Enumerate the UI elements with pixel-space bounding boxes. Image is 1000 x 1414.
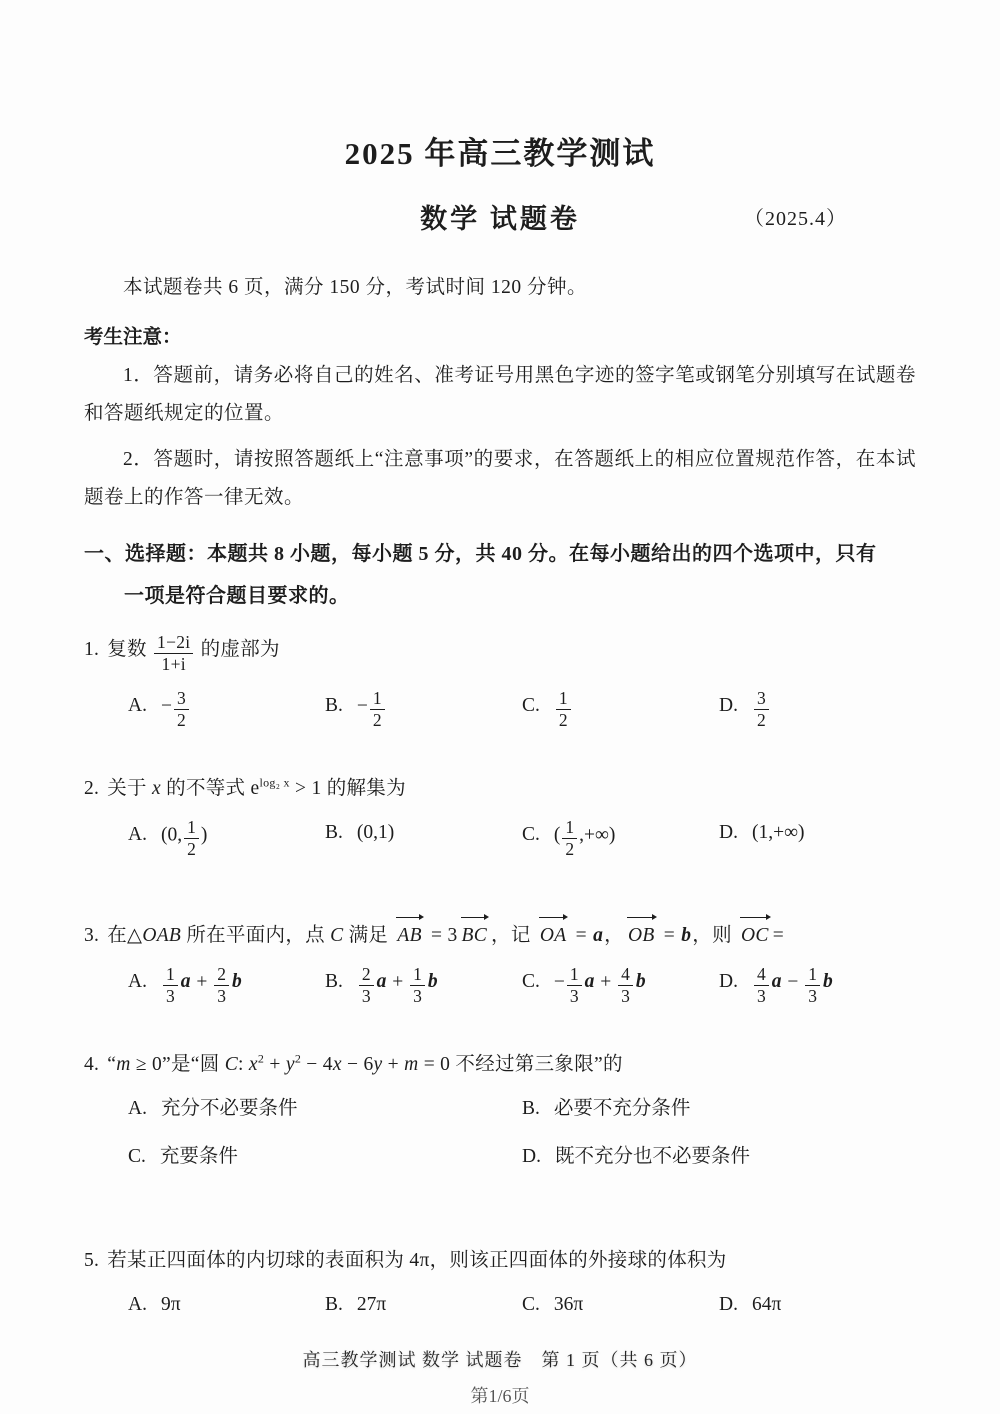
fraction-numerator: 1 <box>562 818 577 838</box>
answer-option: A.充分不必要条件 <box>128 1094 522 1124</box>
option-label: B. <box>522 1098 540 1119</box>
fraction-denominator: 2 <box>174 709 189 730</box>
question-1-options: A.−32B.−12C.12D.32 <box>84 689 916 731</box>
fraction: 13 <box>805 965 820 1007</box>
fraction: 43 <box>754 965 769 1007</box>
answer-option: B.23a + 13b <box>325 965 522 1007</box>
fraction: 12 <box>370 689 385 731</box>
math-text: 必要不充分条件 <box>554 1098 691 1119</box>
math-text: (0,1) <box>357 822 394 843</box>
exam-paper-page: 2025 年高三教学测试 数学 试题卷 （2025.4） 本试题卷共 6 页，满… <box>0 0 1000 1372</box>
math-text: 充要条件 <box>160 1146 238 1167</box>
fraction-denominator: 3 <box>805 985 820 1006</box>
section-header-choice: 一、选择题：本题共 8 小题，每小题 5 分，共 40 分。在每小题给出的四个选… <box>84 533 916 617</box>
math-text: − <box>782 971 803 992</box>
math-text: 64π <box>752 1294 781 1315</box>
answer-option: D.既不充分也不必要条件 <box>522 1142 916 1172</box>
fraction: 12 <box>184 818 199 860</box>
option-label: D. <box>719 971 738 992</box>
math-text: − 6 <box>342 1054 374 1075</box>
subtitle-row: 数学 试题卷 （2025.4） <box>84 197 916 237</box>
section-header-line1: 一、选择题：本题共 8 小题，每小题 5 分，共 40 分。在每小题给出的四个选… <box>84 543 877 565</box>
math-text: + <box>264 1054 286 1075</box>
math-text: − 4 <box>301 1054 333 1075</box>
fraction: 32 <box>754 689 769 731</box>
math-variable: m <box>404 1054 418 1075</box>
math-text: 所在平面内，点 <box>181 925 330 946</box>
math-bold-variable: a <box>585 971 595 992</box>
fraction-numerator: 1 <box>410 965 425 985</box>
vector-notation: OC <box>739 918 771 951</box>
fraction-numerator: 3 <box>174 689 189 709</box>
math-text: > 1 的解集为 <box>290 778 406 799</box>
math-text: = 3 <box>426 925 458 946</box>
question-1: 1.复数 1−2i1+i 的虚部为 A.−32B.−12C.12D.32 <box>84 633 916 730</box>
math-text: 关于 <box>107 778 152 799</box>
question-2-stem-math: 关于 x 的不等式 elog₂ x > 1 的解集为 <box>107 778 406 799</box>
option-label: A. <box>128 971 147 992</box>
answer-option: C.(12,+∞) <box>522 818 719 860</box>
question-5: 5.若某正四面体的内切球的表面积为 4π，则该正四面体的外接球的体积为 A.9π… <box>84 1246 916 1320</box>
math-text: 的不等式 e <box>161 778 260 799</box>
question-3-stem-math: 在△OAB 所在平面内，点 C 满足 AB = 3BC，记 OA = a，OB … <box>107 925 784 946</box>
question-2-stem: 2.关于 x 的不等式 elog₂ x > 1 的解集为 <box>84 774 916 804</box>
math-text: = 0 不经过第三象限”的 <box>419 1054 623 1075</box>
option-label: A. <box>128 695 147 716</box>
math-text: + <box>595 971 616 992</box>
answer-option: D.64π <box>719 1290 916 1320</box>
section-header-line2: 一项是符合题目要求的。 <box>84 575 916 617</box>
math-text: 的虚部为 <box>195 639 279 660</box>
fraction: 13 <box>567 965 582 1007</box>
question-4-stem-math: “m ≥ 0”是“圆 C: x2 + y2 − 4x − 6y + m = 0 … <box>107 1054 623 1075</box>
option-label: D. <box>719 1294 738 1315</box>
fraction: 23 <box>214 965 229 1007</box>
answer-option: D.(1,+∞) <box>719 818 916 860</box>
fraction-denominator: 3 <box>214 985 229 1006</box>
math-bold-variable: a <box>772 971 782 992</box>
fraction-denominator: 1+i <box>154 653 193 674</box>
math-text: 9π <box>161 1294 181 1315</box>
math-bold-variable: b <box>232 971 242 992</box>
math-text: + <box>387 971 408 992</box>
math-variable: OAB <box>142 925 181 946</box>
math-variable: C <box>225 1054 238 1075</box>
math-variable: C <box>330 925 343 946</box>
math-bold-variable: b <box>636 971 646 992</box>
math-variable: x <box>333 1054 342 1075</box>
math-text: 27π <box>357 1294 386 1315</box>
question-1-stem-math: 复数 1−2i1+i 的虚部为 <box>107 639 280 660</box>
question-4: 4.“m ≥ 0”是“圆 C: x2 + y2 − 4x − 6y + m = … <box>84 1050 916 1172</box>
fraction-numerator: 2 <box>359 965 374 985</box>
math-text: 既不充分也不必要条件 <box>555 1146 750 1167</box>
paper-date-note: （2025.4） <box>744 202 847 231</box>
question-2-options: A.(0,12)B.(0,1)C.(12,+∞)D.(1,+∞) <box>84 818 916 860</box>
notice-item-2: 2．答题时，请按照答题纸上“注意事项”的要求，在答题纸上的相应位置规范作答，在本… <box>84 441 916 517</box>
math-variable: x <box>152 778 161 799</box>
option-label: B. <box>325 695 343 716</box>
math-text: − <box>357 695 368 716</box>
vector-notation: OA <box>538 918 569 951</box>
vector-notation: AB <box>395 918 423 951</box>
fraction-numerator: 1−2i <box>154 633 193 653</box>
vector-notation: BC <box>460 918 490 951</box>
notice-item-1: 1．答题前，请务必将自己的姓名、准考证号用黑色字迹的签字笔或钢笔分别填写在试题卷… <box>84 357 916 433</box>
answer-option: A.−32 <box>128 689 325 731</box>
fraction-denominator: 2 <box>754 709 769 730</box>
math-text: − <box>554 971 565 992</box>
answer-option: A.(0,12) <box>128 818 325 860</box>
math-bold-variable: a <box>593 925 603 946</box>
question-4-options: A.充分不必要条件B.必要不充分条件C.充要条件D.既不充分也不必要条件 <box>84 1094 916 1172</box>
fraction-denominator: 3 <box>754 985 769 1006</box>
math-text: 若某正四面体的内切球的表面积为 4π，则该正四面体的外接球的体积为 <box>107 1250 726 1271</box>
math-variable: y <box>286 1054 295 1075</box>
math-text: ≥ 0”是“圆 <box>131 1054 225 1075</box>
option-label: C. <box>522 824 540 845</box>
math-text: ,+∞) <box>579 824 615 845</box>
math-text: ( <box>554 824 561 845</box>
math-text: = <box>570 925 592 946</box>
question-3-number: 3. <box>84 925 99 946</box>
option-label: B. <box>325 822 343 843</box>
math-text: 在△ <box>107 925 142 946</box>
fraction-numerator: 1 <box>556 689 571 709</box>
fraction-numerator: 4 <box>754 965 769 985</box>
math-bold-variable: a <box>377 971 387 992</box>
fraction-numerator: 1 <box>805 965 820 985</box>
question-5-stem-math: 若某正四面体的内切球的表面积为 4π，则该正四面体的外接球的体积为 <box>107 1250 726 1271</box>
option-label: A. <box>128 824 147 845</box>
option-label: A. <box>128 1098 147 1119</box>
option-label: B. <box>325 1294 343 1315</box>
fraction-denominator: 3 <box>163 985 178 1006</box>
answer-option: D.43a − 13b <box>719 965 916 1007</box>
answer-option: B.必要不充分条件 <box>522 1094 916 1124</box>
math-text: − <box>161 695 172 716</box>
math-text: (1,+∞) <box>752 822 805 843</box>
fraction: 32 <box>174 689 189 731</box>
answer-option: C.−13a + 43b <box>522 965 719 1007</box>
math-text: ) <box>201 824 208 845</box>
page-footer: 高三教学测试 数学 试题卷 第 1 页（共 6 页） <box>84 1346 916 1372</box>
fraction-denominator: 3 <box>359 985 374 1006</box>
math-text: : <box>238 1054 249 1075</box>
vector-notation: OB <box>626 918 657 951</box>
answer-option: A.13a + 23b <box>128 965 325 1007</box>
option-label: B. <box>325 971 343 992</box>
question-2: 2.关于 x 的不等式 elog₂ x > 1 的解集为 A.(0,12)B.(… <box>84 774 916 860</box>
superscript: log₂ x <box>260 776 290 790</box>
answer-option: A.9π <box>128 1290 325 1320</box>
fraction-denominator: 2 <box>562 838 577 859</box>
fraction-denominator: 3 <box>618 985 633 1006</box>
option-label: C. <box>522 695 540 716</box>
question-3-stem: 3.在△OAB 所在平面内，点 C 满足 AB = 3BC，记 OA = a，O… <box>84 918 916 951</box>
fraction: 23 <box>359 965 374 1007</box>
option-label: D. <box>719 695 738 716</box>
math-text: ，记 <box>491 925 536 946</box>
notice-section: 考生注意： 1．答题前，请务必将自己的姓名、准考证号用黑色字迹的签字笔或钢笔分别… <box>84 321 916 517</box>
math-variable: x <box>249 1054 258 1075</box>
answer-option: C.36π <box>522 1290 719 1320</box>
fraction-numerator: 1 <box>184 818 199 838</box>
question-1-stem: 1.复数 1−2i1+i 的虚部为 <box>84 633 916 675</box>
page-indicator: 第1/6页 <box>0 1382 1000 1408</box>
math-text: ，则 <box>692 925 737 946</box>
math-text: 复数 <box>107 639 152 660</box>
question-3: 3.在△OAB 所在平面内，点 C 满足 AB = 3BC，记 OA = a，O… <box>84 918 916 1007</box>
math-text: (0, <box>161 824 182 845</box>
answer-option: C.充要条件 <box>128 1142 522 1172</box>
question-1-number: 1. <box>84 639 99 660</box>
option-label: C. <box>522 971 540 992</box>
fraction: 13 <box>410 965 425 1007</box>
math-text: 36π <box>554 1294 583 1315</box>
math-text: ， <box>604 925 624 946</box>
math-text: = <box>773 925 784 946</box>
fraction: 1−2i1+i <box>154 633 193 675</box>
math-text: = <box>659 925 681 946</box>
option-label: D. <box>719 822 738 843</box>
fraction-denominator: 3 <box>567 985 582 1006</box>
fraction-denominator: 2 <box>556 709 571 730</box>
math-text: 满足 <box>343 925 393 946</box>
option-label: C. <box>128 1146 146 1167</box>
math-text: 充分不必要条件 <box>161 1098 298 1119</box>
math-text: + <box>382 1054 404 1075</box>
fraction: 43 <box>618 965 633 1007</box>
option-label: A. <box>128 1294 147 1315</box>
answer-option: B.(0,1) <box>325 818 522 860</box>
question-4-number: 4. <box>84 1054 99 1075</box>
notice-title: 考生注意： <box>84 321 916 349</box>
math-bold-variable: b <box>428 971 438 992</box>
fraction-numerator: 2 <box>214 965 229 985</box>
math-variable: m <box>116 1054 130 1075</box>
math-bold-variable: a <box>181 971 191 992</box>
fraction-numerator: 4 <box>618 965 633 985</box>
fraction-numerator: 1 <box>567 965 582 985</box>
math-bold-variable: b <box>681 925 691 946</box>
fraction-denominator: 2 <box>184 838 199 859</box>
fraction-numerator: 1 <box>370 689 385 709</box>
page-title: 2025 年高三教学测试 <box>84 128 916 173</box>
math-text: “ <box>107 1054 116 1075</box>
answer-option: B.27π <box>325 1290 522 1320</box>
question-5-options: A.9πB.27πC.36πD.64π <box>84 1290 916 1320</box>
question-4-stem: 4.“m ≥ 0”是“圆 C: x2 + y2 − 4x − 6y + m = … <box>84 1050 916 1080</box>
option-label: D. <box>522 1146 541 1167</box>
fraction: 12 <box>562 818 577 860</box>
question-5-number: 5. <box>84 1250 99 1271</box>
option-label: C. <box>522 1294 540 1315</box>
paper-intro: 本试题卷共 6 页，满分 150 分，考试时间 120 分钟。 <box>84 271 916 299</box>
math-bold-variable: b <box>823 971 833 992</box>
fraction-numerator: 1 <box>163 965 178 985</box>
question-5-stem: 5.若某正四面体的内切球的表面积为 4π，则该正四面体的外接球的体积为 <box>84 1246 916 1276</box>
fraction: 12 <box>556 689 571 731</box>
math-text: + <box>191 971 212 992</box>
answer-option: B.−12 <box>325 689 522 731</box>
fraction-denominator: 2 <box>370 709 385 730</box>
question-3-options: A.13a + 23bB.23a + 13bC.−13a + 43bD.43a … <box>84 965 916 1007</box>
answer-option: D.32 <box>719 689 916 731</box>
fraction: 13 <box>163 965 178 1007</box>
answer-option: C.12 <box>522 689 719 731</box>
fraction-denominator: 3 <box>410 985 425 1006</box>
fraction-numerator: 3 <box>754 689 769 709</box>
question-2-number: 2. <box>84 778 99 799</box>
